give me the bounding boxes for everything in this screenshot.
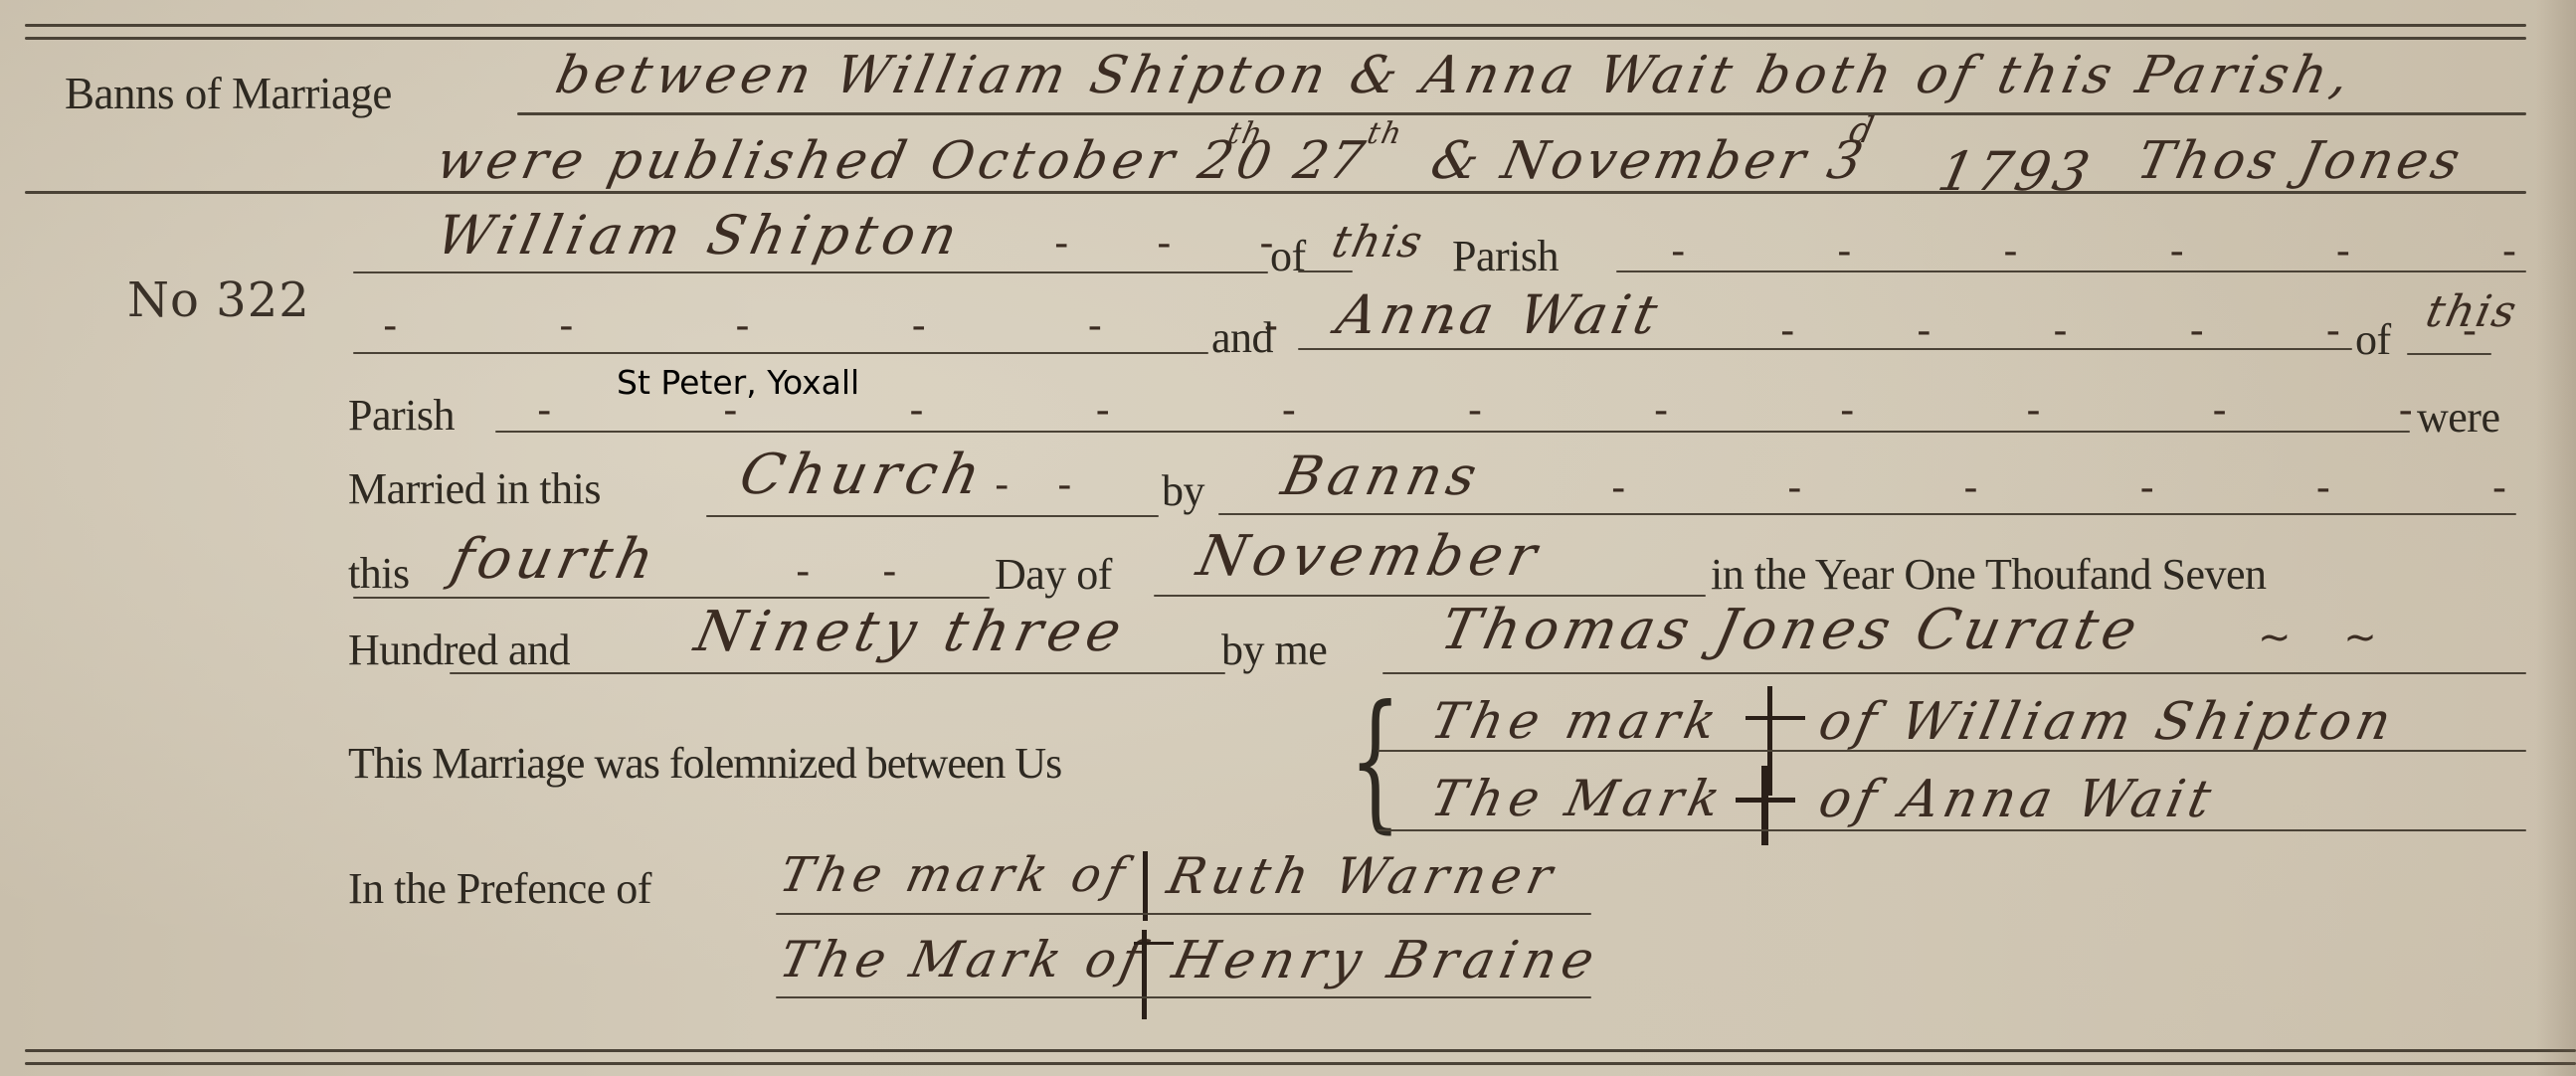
day-dashes: - - [796,549,927,595]
bottom-rule-2 [25,1062,2576,1065]
groom-of-value: this [1328,221,1427,265]
officiant-name: Thomas Jones Curate [1436,603,2146,658]
bottom-rule-1 [25,1049,2576,1052]
party-1-suffix: of William Shipton [1814,696,2400,748]
top-rule-2 [25,37,2526,40]
day-rule [353,597,990,599]
parish-label: Parish [348,394,455,438]
witness-1-prefix: The mark of [776,851,1134,899]
witness-2-mark-cross-icon [1134,930,1174,1019]
day-value: fourth [447,532,663,588]
solemnized-label: This Marriage was folemnized between Us [348,742,1061,786]
year-label-2: Hundred and [348,628,570,672]
married-place-rule [706,515,1159,517]
year-value-rule [450,672,1225,674]
officiant-rule [1382,672,2526,674]
banns-rule-2 [25,191,2526,194]
bride-of-rule [2407,353,2491,355]
month-rule [1154,595,1706,597]
banns-sup-2: th [1365,119,1406,149]
by-dashes: - - - - - - - [1611,465,2576,511]
married-place-dashes: - - [995,462,1090,508]
witness-2-name: Henry Braine [1168,935,1603,986]
top-rule-1 [25,24,2526,27]
officiant-dashes: ~ ~ [2258,615,2397,660]
witness-2-rule [776,996,1591,998]
were-label: were [2417,396,2500,440]
by-value: Banns [1277,449,1487,503]
groom-rule [353,271,1268,273]
by-label: by [1162,469,1204,513]
witness-1-name: Ruth Warner [1164,851,1563,901]
bride-of-value: this [2422,290,2521,334]
year-value: Ninety three [690,605,1132,660]
party-1-prefix: The mark [1427,696,1727,746]
day-of-label: Day of [995,553,1112,597]
witness-2-prefix: The Mark of [776,935,1150,985]
groom-of-rule [1298,270,1353,272]
witness-1-mark-icon [1139,851,1151,921]
parish-rule [495,431,2410,433]
party-2-mark-cross-icon [1736,766,1795,845]
married-place: Church [735,448,991,503]
party-1-rule [1378,750,2526,752]
banns-date-3: & November 3 [1426,135,1871,187]
banns-sup-3: d [1846,113,1879,149]
this-label: this [348,552,410,596]
banns-line-2: were published October 20 th 27 th & Nov… [438,127,2526,187]
banns-rule-1 [517,112,2526,115]
bride-name: Anna Wait [1332,288,1666,342]
and-rule [353,352,1208,354]
bride-of-label: of [2355,318,2391,362]
page-edge-shadow [2536,0,2576,1076]
married-label: Married in this [348,467,601,511]
presence-label: In the Prefence of [348,867,651,911]
banns-label: Banns of Marriage [65,72,392,116]
groom-name: William Shipton [432,209,967,263]
banns-line-1: between William Shipton & Anna Wait both… [551,50,2358,101]
year-label-1: in the Year One Thoufand Seven [1711,553,2267,597]
party-2-prefix: The Mark [1427,774,1731,823]
banns-date-2: 27 [1289,135,1370,187]
witness-1-rule [776,913,1591,915]
groom-parish-label: Parish [1452,235,1559,278]
register-page: Banns of Marriage between William Shipto… [0,0,2576,1076]
by-me-label: by me [1221,628,1327,672]
entry-number: No 322 [127,276,310,324]
groom-parish-rule [1616,270,2526,272]
and-label: and [1211,316,1273,360]
month-value: November [1193,529,1547,585]
bride-rule [1298,348,2352,350]
groom-parish-dashes: - - - - - - - [1671,229,2576,274]
banns-signature: Thos Jones [2132,135,2468,187]
banns-published: were published October 20 [432,135,1280,187]
parish-dashes: - - - - - - - - - - - - [537,388,2576,434]
by-rule [1218,513,2516,515]
parties-brace: { [1349,686,1400,835]
party-2-suffix: of Anna Wait [1814,774,2220,825]
banns-sup-1: th [1225,119,1267,149]
party-2-rule [1378,829,2526,831]
